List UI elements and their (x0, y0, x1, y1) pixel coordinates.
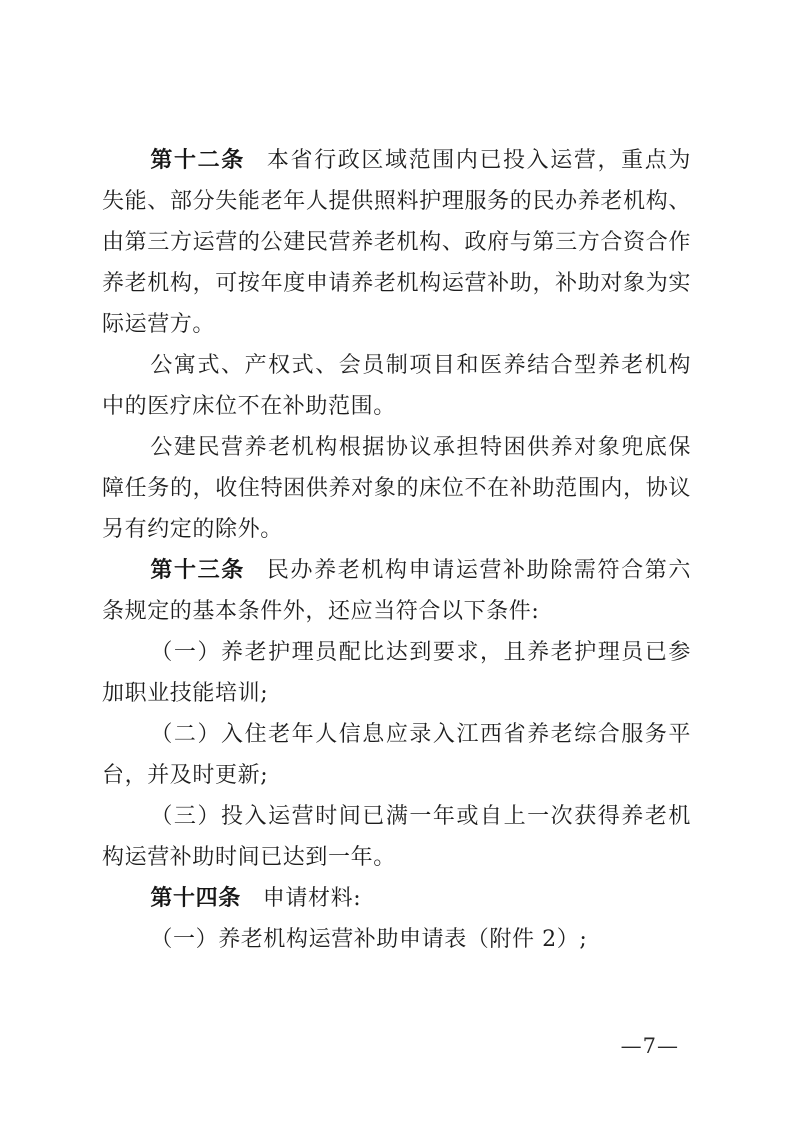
paragraph: （三）投入运营时间已满一年或自上一次获得养老机构运营补助时间已达到一年。 (102, 796, 691, 878)
paragraph-text: （三）投入运营时间已满一年或自上一次获得养老机构运营补助时间已达到一年。 (102, 804, 691, 870)
paragraph: 公寓式、产权式、会员制项目和医养结合型养老机构中的医疗床位不在补助范围。 (102, 345, 691, 427)
paragraph: 第十二条本省行政区域范围内已投入运营，重点为失能、部分失能老年人提供照料护理服务… (102, 140, 691, 345)
paragraph-text: 申请材料: (263, 886, 361, 911)
paragraph: （二）入住老年人信息应录入江西省养老综合服务平台，并及时更新; (102, 714, 691, 796)
paragraph: 公建民营养老机构根据协议承担特困供养对象兜底保障任务的，收住特困供养对象的床位不… (102, 427, 691, 550)
document-page: 第十二条本省行政区域范围内已投入运营，重点为失能、部分失能老年人提供照料护理服务… (0, 0, 791, 1133)
paragraph-text: 公寓式、产权式、会员制项目和医养结合型养老机构中的医疗床位不在补助范围。 (102, 353, 691, 419)
paragraph-text: 公建民营养老机构根据协议承担特困供养对象兜底保障任务的，收住特困供养对象的床位不… (102, 435, 691, 542)
article-heading: 第十二条 (150, 147, 244, 173)
paragraph: 第十三条民办养老机构申请运营补助除需符合第六条规定的基本条件外，还应当符合以下条… (102, 550, 691, 632)
paragraph: 第十四条申请材料: (102, 878, 691, 919)
article-heading: 第十四条 (150, 885, 240, 911)
paragraph-text: 本省行政区域范围内已投入运营，重点为失能、部分失能老年人提供照料护理服务的民办养… (102, 148, 691, 337)
page-number: —7— (621, 1034, 679, 1058)
paragraph-text: （一）养老机构运营补助申请表（附件 2）; (150, 927, 587, 952)
paragraph: （一）养老护理员配比达到要求，且养老护理员已参加职业技能培训; (102, 632, 691, 714)
paragraph-text: （二）入住老年人信息应录入江西省养老综合服务平台，并及时更新; (102, 722, 691, 788)
article-heading: 第十三条 (150, 557, 244, 583)
paragraph: （一）养老机构运营补助申请表（附件 2）; (102, 919, 691, 960)
paragraph-text: （一）养老护理员配比达到要求，且养老护理员已参加职业技能培训; (102, 640, 691, 706)
document-body: 第十二条本省行政区域范围内已投入运营，重点为失能、部分失能老年人提供照料护理服务… (102, 140, 691, 960)
